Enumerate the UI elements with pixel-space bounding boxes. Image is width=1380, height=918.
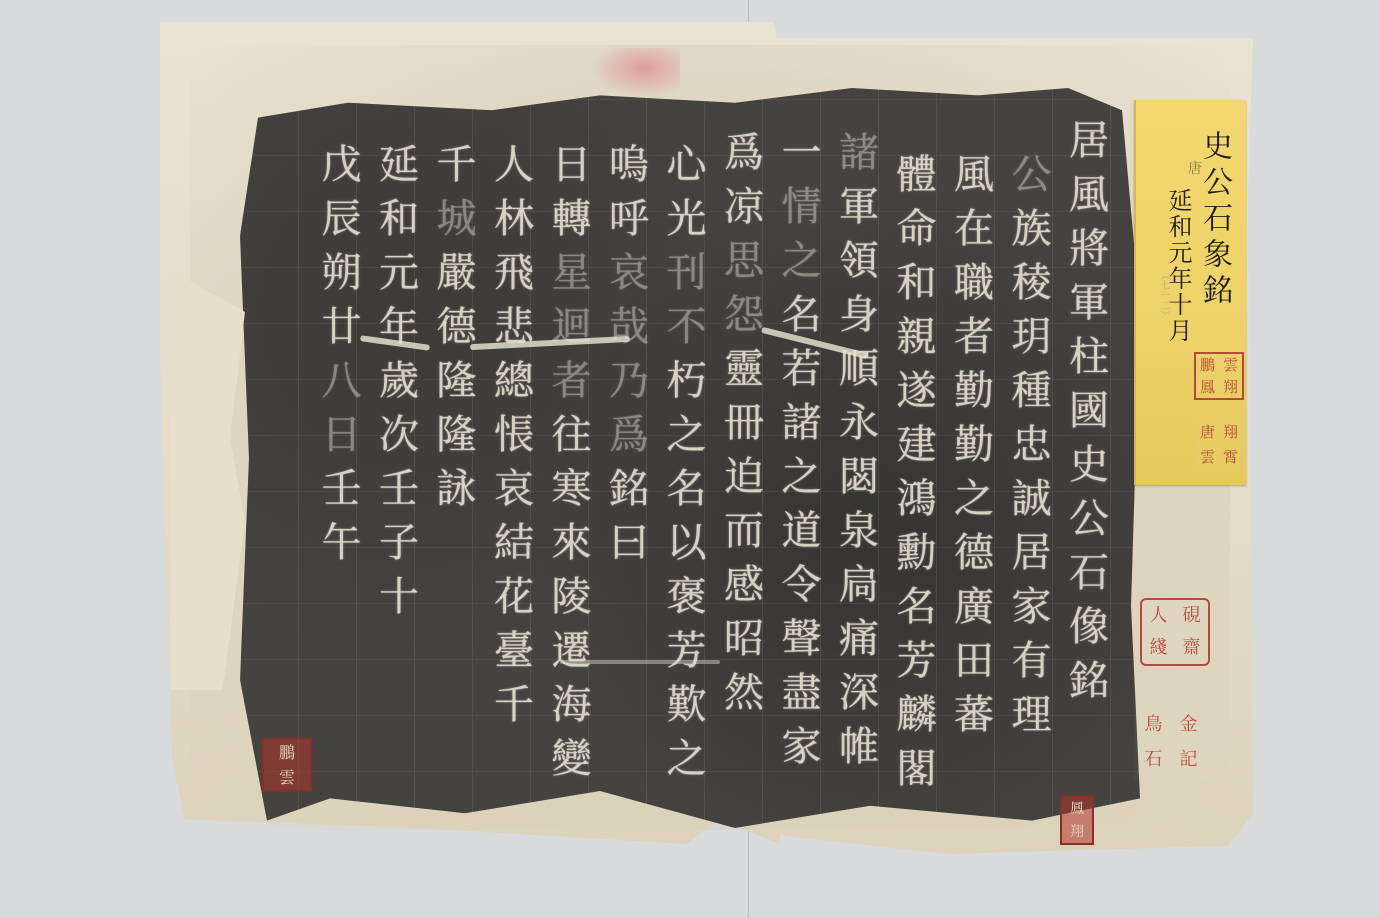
- inscription-glyph: 帷: [839, 720, 879, 774]
- inscription-glyph: 海: [552, 678, 592, 732]
- inscription-glyph: 理: [1012, 688, 1052, 742]
- inscription-glyph: 令: [782, 558, 822, 612]
- inscription-glyph: 情: [782, 180, 822, 234]
- inscription-glyph: 勳: [897, 526, 937, 580]
- inscription-glyph: 迴: [552, 300, 592, 354]
- label-note: （七一二）: [1156, 270, 1171, 320]
- label-title: 史公石象銘: [1202, 130, 1236, 310]
- inscription-glyph: 深: [839, 666, 879, 720]
- inscription-glyph: 之: [954, 472, 994, 526]
- inscription-glyph: 親: [897, 310, 937, 364]
- inscription-column: 千城嚴德隆隆詠: [428, 138, 486, 516]
- inscription-glyph: 領: [839, 234, 879, 288]
- inscription-glyph: 臺: [494, 624, 534, 678]
- label-date: 延和元年十月: [1166, 188, 1196, 344]
- inscription-glyph: 詠: [437, 462, 477, 516]
- inscription-column: 諸軍領身順永閟泉扃痛深帷: [830, 126, 888, 774]
- inscription-glyph: 往: [552, 408, 592, 462]
- inscription-glyph: 怨: [724, 288, 764, 342]
- inscription-glyph: 鴻: [897, 472, 937, 526]
- inscription-glyph: 年: [379, 300, 419, 354]
- inscription-glyph: 爲: [724, 126, 764, 180]
- inscription-glyph: 居: [1012, 526, 1052, 580]
- inscription-glyph: 陵: [552, 570, 592, 624]
- inscription-column: 延和元年歲次壬子十: [370, 138, 428, 624]
- inscription-glyph: 閣: [897, 742, 937, 796]
- inscription-glyph: 諸: [782, 396, 822, 450]
- inscription-glyph: 結: [494, 516, 534, 570]
- inscription-glyph: 哀: [609, 246, 649, 300]
- inscription-glyph: 泉: [839, 504, 879, 558]
- inscription-glyph: 元: [379, 246, 419, 300]
- inscription-glyph: 者: [954, 310, 994, 364]
- inscription-glyph: 順: [839, 342, 879, 396]
- inscription-glyph: 扃: [839, 558, 879, 612]
- inscription-glyph: 星: [552, 246, 592, 300]
- inscription-glyph: 變: [552, 732, 592, 786]
- inscription-glyph: 歲: [379, 354, 419, 408]
- inscription-glyph: 延: [379, 138, 419, 192]
- inscription-glyph: 迫: [724, 450, 764, 504]
- inscription-glyph: 之: [667, 732, 707, 786]
- inscription-glyph: 嗚: [609, 138, 649, 192]
- inscription-glyph: 廿: [322, 300, 362, 354]
- inscription-glyph: 軍: [1069, 276, 1109, 330]
- inscription-glyph: 建: [897, 418, 937, 472]
- seal-right-margin-upper: 人硯 綫齋: [1140, 598, 1210, 666]
- inscription-column: 居風將軍柱國史公石像銘: [1060, 114, 1118, 708]
- inscription-glyph: 和: [897, 256, 937, 310]
- inscription-glyph: 田: [954, 634, 994, 688]
- inscription-column: 心光刊不朽之名以褒芳歎之: [658, 138, 716, 786]
- inscription-glyph: 在: [954, 202, 994, 256]
- inscription-glyph: 不: [667, 300, 707, 354]
- inscription-glyph: 戊: [322, 138, 362, 192]
- inscription-glyph: 歎: [667, 678, 707, 732]
- inscription-glyph: 朽: [667, 354, 707, 408]
- inscription-column: 人林飛悲總悵哀結花臺千: [485, 138, 543, 732]
- inscription-glyph: 體: [897, 148, 937, 202]
- inscription-column: 爲凉思怨靈冊迫而感昭然: [715, 126, 773, 720]
- pink-stain: [590, 48, 680, 98]
- inscription-glyph: 公: [1012, 148, 1052, 202]
- inscription-glyph: 像: [1069, 600, 1109, 654]
- inscription-glyph: 名: [667, 462, 707, 516]
- inscription-glyph: 名: [782, 288, 822, 342]
- inscription-glyph: 遷: [552, 624, 592, 678]
- inscription-glyph: 國: [1069, 384, 1109, 438]
- inscription-glyph: 稜: [1012, 256, 1052, 310]
- inscription-glyph: 名: [897, 580, 937, 634]
- inscription-glyph: 盡: [782, 666, 822, 720]
- inscription-glyph: 而: [724, 504, 764, 558]
- label-slip: 史公石象銘 唐 延和元年十月 （七一二） 鵬雲 鳳翔 唐翔 雲霄: [1134, 100, 1246, 485]
- inscription-glyph: 忠: [1012, 418, 1052, 472]
- inscription-glyph: 子: [379, 516, 419, 570]
- inscription-glyph: 一: [782, 126, 822, 180]
- inscription-glyph: 麟: [897, 688, 937, 742]
- inscription-glyph: 林: [494, 192, 534, 246]
- inscription-glyph: 芳: [667, 624, 707, 678]
- inscription-glyph: 感: [724, 558, 764, 612]
- inscription-glyph: 廣: [954, 580, 994, 634]
- inscription-glyph: 哀: [494, 462, 534, 516]
- inscription-glyph: 風: [954, 148, 994, 202]
- inscription-glyph: 玥: [1012, 310, 1052, 364]
- inscription-glyph: 刊: [667, 246, 707, 300]
- inscription-glyph: 心: [667, 138, 707, 192]
- dynasty-mark: 唐: [1188, 158, 1202, 178]
- inscription-glyph: 轉: [552, 192, 592, 246]
- inscription-glyph: 勤: [954, 364, 994, 418]
- inscription-column: 公族稜玥種忠誠居家有理: [1003, 148, 1061, 742]
- inscription-glyph: 身: [839, 288, 879, 342]
- inscription-glyph: 諸: [839, 126, 879, 180]
- seal-label-upper: 鵬雲 鳳翔: [1194, 352, 1244, 400]
- inscription-glyph: 誠: [1012, 472, 1052, 526]
- inscription-glyph: 隆: [437, 354, 477, 408]
- inscription-glyph: 道: [782, 504, 822, 558]
- inscription-glyph: 之: [667, 408, 707, 462]
- inscription-glyph: 千: [437, 138, 477, 192]
- inscription-glyph: 風: [1069, 168, 1109, 222]
- inscription-glyph: 飛: [494, 246, 534, 300]
- inscription-glyph: 寒: [552, 462, 592, 516]
- inscription-glyph: 十: [379, 570, 419, 624]
- inscription-glyph: 之: [782, 234, 822, 288]
- inscription-glyph: 和: [379, 192, 419, 246]
- inscription-glyph: 靈: [724, 342, 764, 396]
- inscription-column: 戊辰朔廿八日壬午: [313, 138, 371, 570]
- inscription-glyph: 之: [782, 450, 822, 504]
- inscription-glyph: 德: [954, 526, 994, 580]
- inscription-glyph: 家: [1012, 580, 1052, 634]
- inscription-column: 風在職者勤勤之德廣田蕃: [945, 148, 1003, 742]
- inscription-glyph: 種: [1012, 364, 1052, 418]
- inscription-glyph: 者: [552, 354, 592, 408]
- inscription-glyph: 公: [1069, 492, 1109, 546]
- inscription-glyph: 芳: [897, 634, 937, 688]
- inscription-glyph: 石: [1069, 546, 1109, 600]
- inscription-glyph: 銘: [609, 462, 649, 516]
- inscription-glyph: 午: [322, 516, 362, 570]
- inscription-glyph: 凉: [724, 180, 764, 234]
- inscription-glyph: 職: [954, 256, 994, 310]
- inscription-glyph: 族: [1012, 202, 1052, 256]
- inscription-glyph: 人: [494, 138, 534, 192]
- inscription-glyph: 永: [839, 396, 879, 450]
- inscription-glyph: 八: [322, 354, 362, 408]
- inscription-glyph: 光: [667, 192, 707, 246]
- inscription-glyph: 曰: [609, 516, 649, 570]
- inscription-glyph: 若: [782, 342, 822, 396]
- inscription-glyph: 昭: [724, 612, 764, 666]
- seal-rubbing-lower-left: 鵬雲: [262, 738, 312, 792]
- inscription-glyph: 乃: [609, 354, 649, 408]
- inscription-glyph: 次: [379, 408, 419, 462]
- seal-label-lower: 唐翔 雲霄: [1194, 418, 1244, 472]
- inscription-glyph: 有: [1012, 634, 1052, 688]
- inscription-column: 日轉星迴者往寒來陵遷海變: [543, 138, 601, 786]
- inscription-glyph: 命: [897, 202, 937, 256]
- inscription-glyph: 將: [1069, 222, 1109, 276]
- inscription-glyph: 柱: [1069, 330, 1109, 384]
- inscription-glyph: 以: [667, 516, 707, 570]
- inscription-glyph: 遂: [897, 364, 937, 418]
- inscription-glyph: 千: [494, 678, 534, 732]
- inscription-glyph: 居: [1069, 114, 1109, 168]
- inscription-glyph: 朔: [322, 246, 362, 300]
- inscription-glyph: 悵: [494, 408, 534, 462]
- inscription-glyph: 家: [782, 720, 822, 774]
- inscription-glyph: 隆: [437, 408, 477, 462]
- inscription-glyph: 軍: [839, 180, 879, 234]
- seal-rubbing-lower-right: 鳳翔: [1060, 795, 1094, 845]
- inscription-glyph: 褒: [667, 570, 707, 624]
- inscription-glyph: 然: [724, 666, 764, 720]
- inscription-glyph: 花: [494, 570, 534, 624]
- inscription-glyph: 壬: [322, 462, 362, 516]
- inscription-column: 一情之名若諸之道令聲盡家: [773, 126, 831, 774]
- seal-right-margin-lower: 鳥金 石記: [1134, 705, 1208, 779]
- inscription-glyph: 爲: [609, 408, 649, 462]
- inscription-glyph: 銘: [1069, 654, 1109, 708]
- inscription-glyph: 壬: [379, 462, 419, 516]
- inscription-glyph: 哉: [609, 300, 649, 354]
- inscription-glyph: 日: [322, 408, 362, 462]
- inscription-glyph: 痛: [839, 612, 879, 666]
- inscription-glyph: 思: [724, 234, 764, 288]
- inscription-column: 體命和親遂建鴻勳名芳麟閣: [888, 148, 946, 796]
- inscription-glyph: 勤: [954, 418, 994, 472]
- inscription-glyph: 蕃: [954, 688, 994, 742]
- inscription-glyph: 總: [494, 354, 534, 408]
- inscription-glyph: 來: [552, 516, 592, 570]
- inscription-glyph: 冊: [724, 396, 764, 450]
- inscription-glyph: 呼: [609, 192, 649, 246]
- inscription-glyph: 閟: [839, 450, 879, 504]
- inscription-glyph: 聲: [782, 612, 822, 666]
- inscription-glyph: 辰: [322, 192, 362, 246]
- inscription-column: 嗚呼哀哉乃爲銘曰: [600, 138, 658, 570]
- inscription-glyph: 德: [437, 300, 477, 354]
- inscription-glyph: 史: [1069, 438, 1109, 492]
- inscription-glyph: 嚴: [437, 246, 477, 300]
- inscription-glyph: 悲: [494, 300, 534, 354]
- inscription-glyph: 日: [552, 138, 592, 192]
- inscription-glyph: 城: [437, 192, 477, 246]
